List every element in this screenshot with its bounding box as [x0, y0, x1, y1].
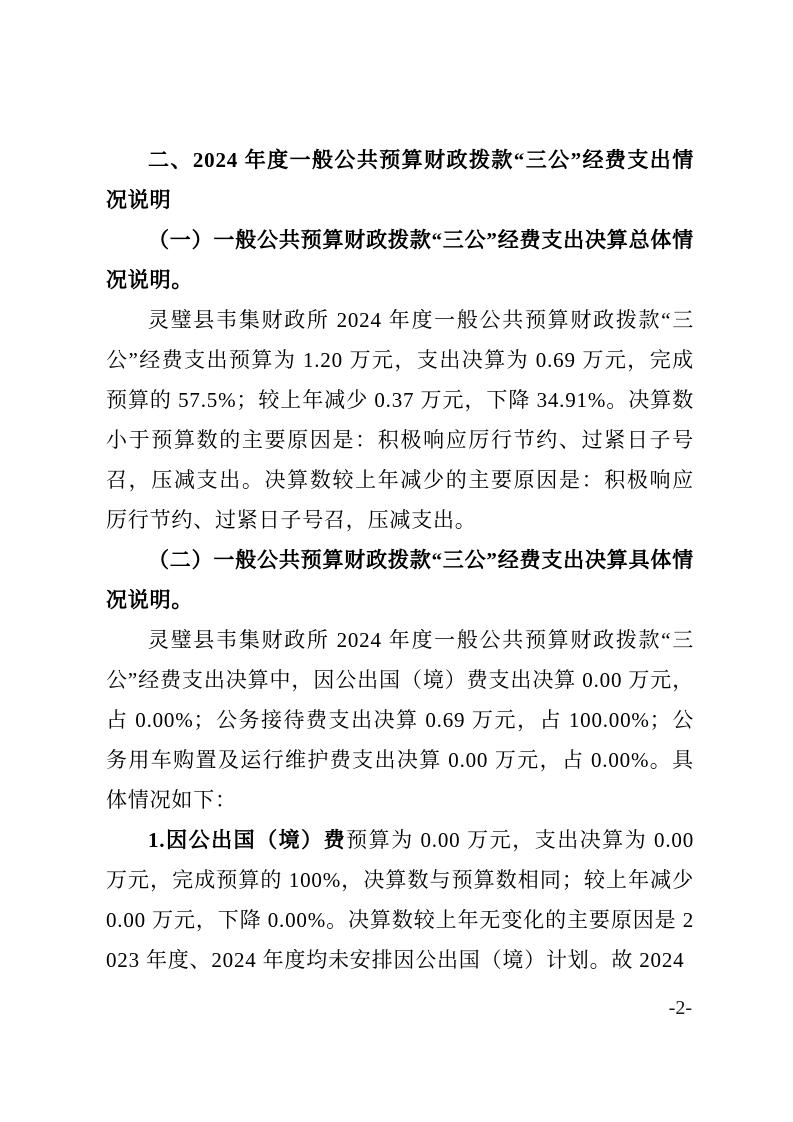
document-body: 二、2024 年度一般公共预算财政拨款“三公”经费支出情况说明 （一）一般公共预…	[106, 140, 694, 980]
item-1-bold-lead: 1.因公出国（境）费	[148, 828, 346, 852]
page-number: -2-	[669, 996, 692, 1020]
document-page: 二、2024 年度一般公共预算财政拨款“三公”经费支出情况说明 （一）一般公共预…	[0, 0, 793, 1122]
section-heading-2: 二、2024 年度一般公共预算财政拨款“三公”经费支出情况说明	[106, 140, 694, 220]
subsection-heading-2-2: （二）一般公共预算财政拨款“三公”经费支出决算具体情况说明。	[106, 540, 694, 620]
paragraph-item-1-abroad-expense: 1.因公出国（境）费预算为 0.00 万元，支出决算为 0.00 万元，完成预算…	[106, 820, 694, 980]
paragraph-detail-explanation: 灵璧县韦集财政所 2024 年度一般公共预算财政拨款“三公”经费支出决算中，因公…	[106, 620, 694, 820]
paragraph-overall-explanation: 灵璧县韦集财政所 2024 年度一般公共预算财政拨款“三公”经费支出预算为 1.…	[106, 300, 694, 540]
subsection-heading-2-1: （一）一般公共预算财政拨款“三公”经费支出决算总体情况说明。	[106, 220, 694, 300]
